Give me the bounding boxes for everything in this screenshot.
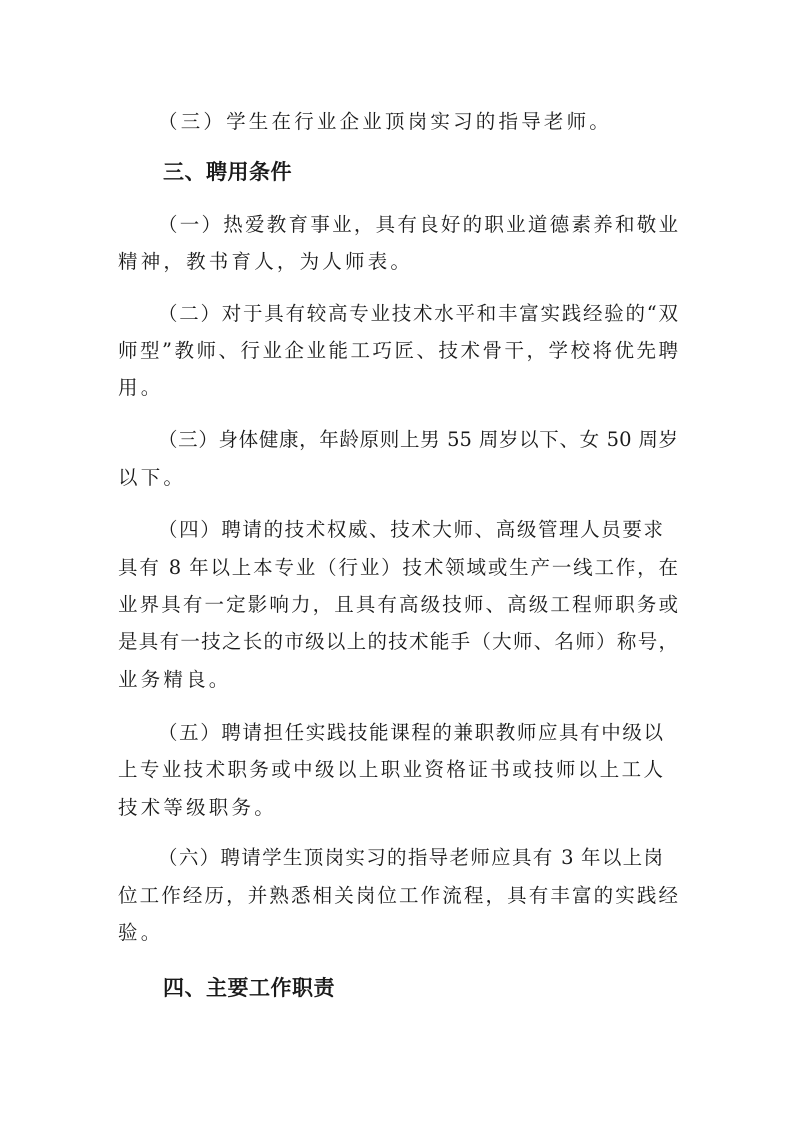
condition-1-line-1: （一）热爱教育事业，具有良好的职业道德素养和敬业	[158, 213, 678, 237]
condition-4-line-3: 业界具有一定影响力，且具有高级技师、高级工程师职务或	[118, 593, 678, 617]
paragraph-item-3-instructor: （三）学生在行业企业顶岗实习的指导老师。	[158, 110, 612, 134]
section-heading-main-duties: 四、主要工作职责	[163, 975, 335, 1001]
condition-2-line-3: 用。	[118, 376, 163, 400]
condition-6-line-1: （六）聘请学生顶岗实习的指导老师应具有 3 年以上岗	[158, 846, 663, 870]
condition-2-line-1: （二）对于具有较高专业技术水平和丰富实践经验的“双	[158, 302, 678, 326]
condition-2-line-2: 师型”教师、行业企业能工巧匠、技术骨干，学校将优先聘	[118, 339, 678, 363]
condition-3-line-2: 以下。	[118, 466, 186, 490]
condition-6-line-3: 验。	[118, 921, 163, 945]
document-page: （三）学生在行业企业顶岗实习的指导老师。 三、聘用条件 （一）热爱教育事业，具有…	[0, 0, 793, 1122]
section-heading-employment-conditions: 三、聘用条件	[163, 159, 292, 185]
condition-4-line-5: 业务精良。	[118, 668, 232, 692]
condition-6-line-2: 位工作经历，并熟悉相关岗位工作流程，具有丰富的实践经	[118, 884, 678, 908]
condition-5-line-2: 上专业技术职务或中级以上职业资格证书或技师以上工人	[118, 758, 663, 782]
condition-1-line-2: 精神，教书育人，为人师表。	[118, 250, 413, 274]
condition-4-line-2: 具有 8 年以上本专业（行业）技术领域或生产一线工作，在	[118, 556, 678, 580]
condition-4-line-1: （四）聘请的技术权威、技术大师、高级管理人员要求	[158, 518, 663, 542]
condition-5-line-1: （五）聘请担任实践技能课程的兼职教师应具有中级以	[158, 721, 663, 745]
condition-4-line-4: 是具有一技之长的市级以上的技术能手（大师、名师）称号，	[118, 630, 678, 654]
condition-5-line-3: 技术等级职务。	[118, 796, 277, 820]
condition-3-line-1: （三）身体健康，年龄原则上男 55 周岁以下、女 50 周岁	[158, 428, 678, 452]
